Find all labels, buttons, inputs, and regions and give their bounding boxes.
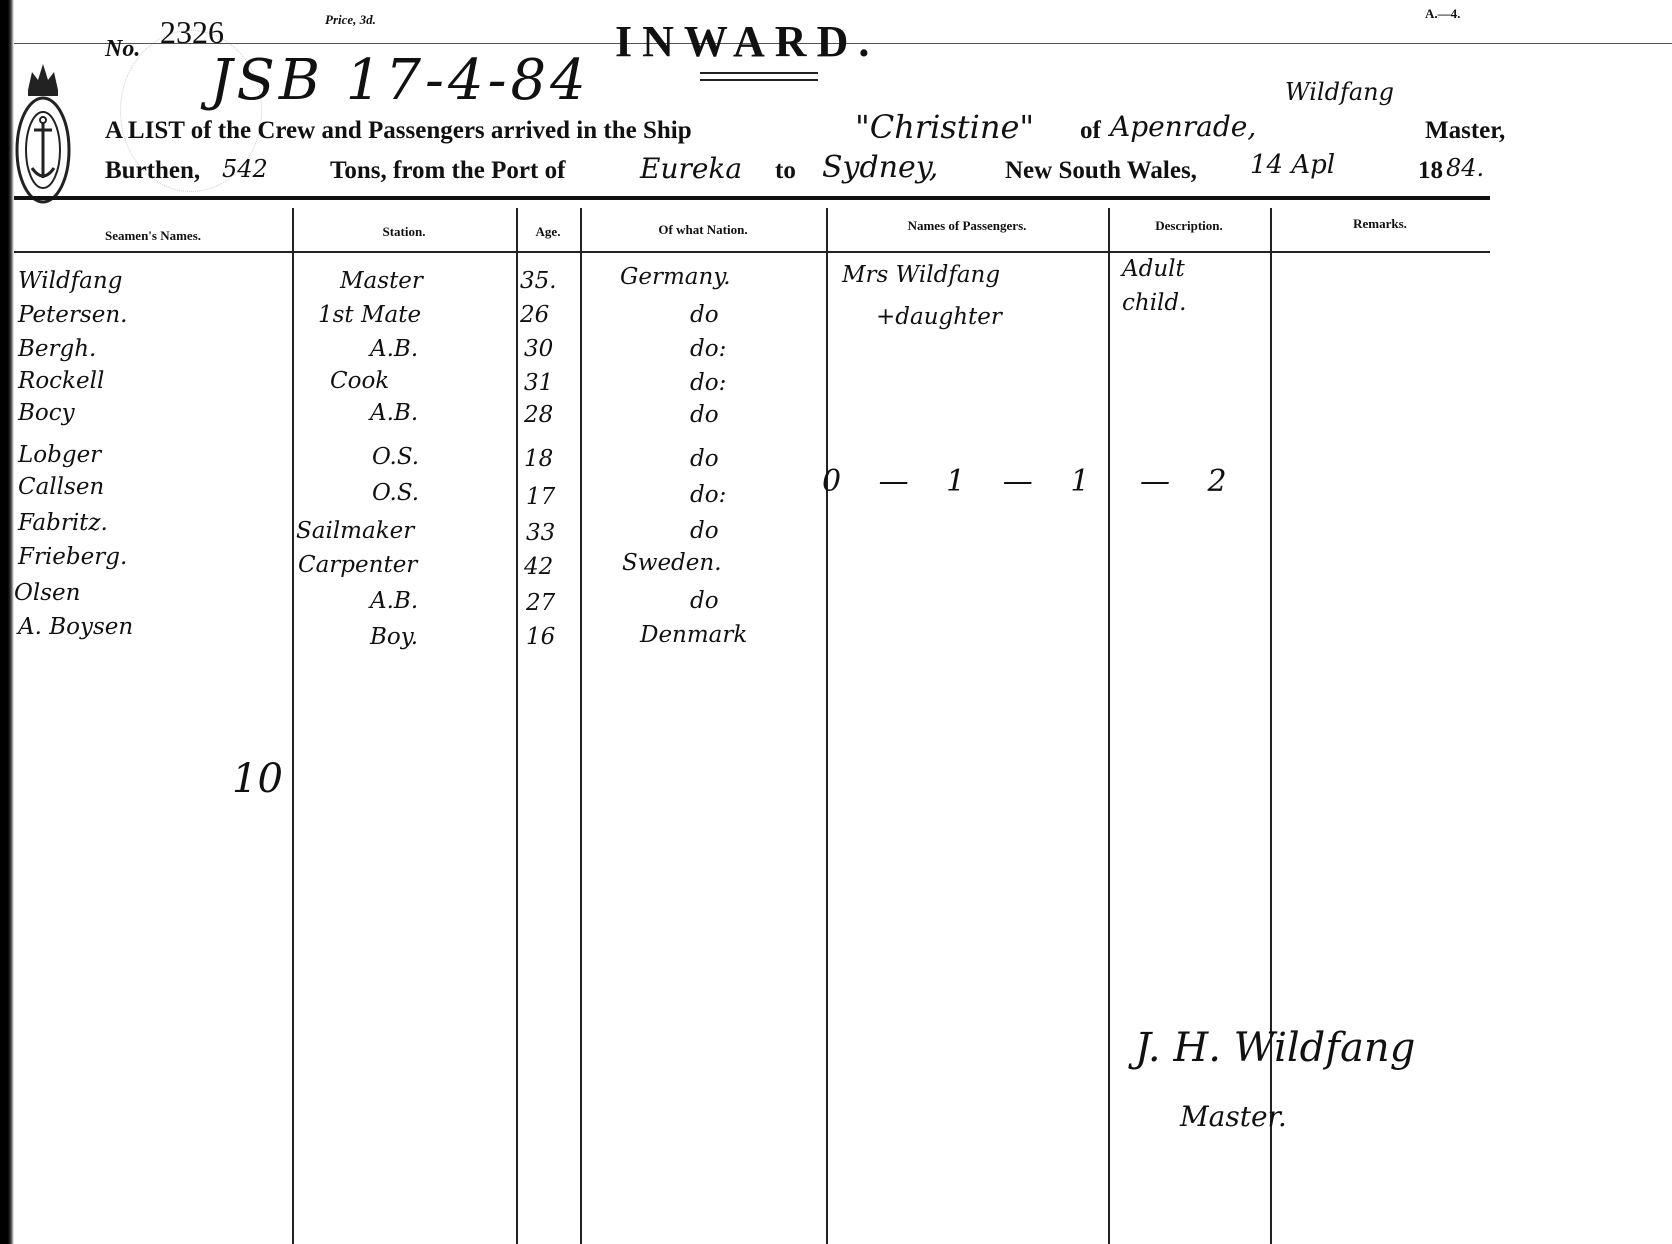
- passenger-name: Mrs Wildfang: [842, 262, 1000, 288]
- master-label: Master,: [1425, 117, 1505, 145]
- year-suffix: 84.: [1446, 154, 1484, 182]
- header-bottom-rule: [14, 251, 1490, 253]
- price-label: Price, 3d.: [325, 12, 376, 28]
- crew-station: Cook: [330, 368, 389, 394]
- crew-station: Carpenter: [298, 552, 417, 578]
- col-divider: [292, 208, 294, 1244]
- passenger-name: +daughter: [876, 304, 1002, 330]
- col-divider: [516, 208, 518, 1244]
- crew-age: 33: [526, 520, 555, 546]
- header-age: Age.: [516, 224, 580, 240]
- crew-station: O.S.: [372, 480, 419, 506]
- header-seamen-names: Seamen's Names.: [14, 228, 292, 244]
- crew-nation: Sweden.: [622, 550, 722, 576]
- nsw-label: New South Wales,: [1005, 157, 1197, 185]
- ship-name: "Christine": [855, 108, 1034, 146]
- crew-station: O.S.: [372, 444, 419, 470]
- crew-age: 17: [526, 484, 555, 510]
- col-divider: [580, 208, 582, 1244]
- crew-station: A.B.: [370, 336, 418, 362]
- crew-name: Fabritz.: [18, 510, 108, 536]
- crew-station: A.B.: [370, 588, 418, 614]
- to-port: Sydney,: [822, 150, 938, 185]
- crew-name: Bergh.: [18, 336, 96, 362]
- crew-name: Wildfang: [18, 268, 122, 294]
- crew-age: 35.: [520, 268, 557, 294]
- inward-heading: INWARD.: [615, 20, 879, 64]
- crew-nation: do: [690, 518, 719, 544]
- passenger-tally: 0 — 1 — 1: [822, 464, 1103, 499]
- crew-station: Master: [340, 268, 423, 294]
- passenger-description: Adult: [1122, 256, 1185, 282]
- col-divider: [1270, 208, 1272, 1244]
- header-passengers: Names of Passengers.: [826, 218, 1108, 234]
- master-name-insert: Wildfang: [1285, 78, 1394, 106]
- crew-name: Frieberg.: [18, 544, 127, 570]
- harbour-department-seal-icon: [12, 50, 74, 210]
- crew-name: Petersen.: [18, 302, 127, 328]
- passenger-description: child.: [1122, 290, 1186, 316]
- crew-name: A. Boysen: [18, 614, 133, 640]
- crew-nation: do: [690, 302, 719, 328]
- crew-name: Callsen: [18, 474, 104, 500]
- burthen-label: Burthen,: [105, 157, 200, 185]
- header-remarks: Remarks.: [1270, 216, 1490, 232]
- burthen-tons: 542: [222, 155, 268, 183]
- crew-station: Sailmaker: [296, 518, 414, 544]
- crew-age: 26: [520, 302, 549, 328]
- home-port: Apenrade,: [1110, 110, 1256, 143]
- crew-name: Bocy: [18, 400, 75, 426]
- heading-underline: [700, 72, 818, 81]
- crew-nation: do: [690, 588, 719, 614]
- crew-age: 27: [526, 590, 555, 616]
- crew-name: Olsen: [14, 580, 80, 606]
- from-port: Eureka: [640, 152, 742, 185]
- crew-station: A.B.: [370, 400, 418, 426]
- col-divider: [1108, 208, 1110, 1244]
- crew-age: 18: [524, 446, 553, 472]
- crew-age: 28: [524, 402, 553, 428]
- crew-nation: do: [690, 402, 719, 428]
- tons-from-label: Tons, from the Port of: [330, 157, 565, 185]
- crew-name: Rockell: [18, 368, 104, 394]
- table-top-rule: [14, 196, 1490, 200]
- crew-station: Boy.: [370, 624, 418, 650]
- crew-nation: Denmark: [640, 622, 747, 648]
- master-signature: J. H. Wildfang: [1135, 1025, 1415, 1071]
- to-label: to: [775, 157, 796, 185]
- crew-nation: do: [690, 446, 719, 472]
- form-number: 2326: [160, 14, 224, 51]
- header-description: Description.: [1108, 218, 1270, 234]
- of-label: of: [1080, 117, 1101, 145]
- arrival-date: 14 Apl: [1250, 150, 1335, 180]
- number-label: No.: [105, 36, 140, 63]
- description-tally: — 2: [1140, 464, 1241, 499]
- header-nation: Of what Nation.: [580, 222, 826, 238]
- header-station: Station.: [292, 224, 516, 240]
- crew-age: 30: [524, 336, 553, 362]
- crew-age: 31: [524, 370, 553, 396]
- crew-name: Lobger: [18, 442, 101, 468]
- col-divider: [826, 208, 828, 1244]
- registration-note: JSB 17-4-84: [210, 48, 590, 113]
- crew-age: 16: [526, 624, 555, 650]
- crew-nation: do:: [690, 482, 726, 508]
- crew-age: 42: [524, 554, 553, 580]
- form-code: A.—4.: [1425, 6, 1460, 22]
- year-prefix: 18: [1418, 157, 1443, 185]
- crew-station: 1st Mate: [318, 302, 421, 328]
- crew-count-note: 10: [232, 756, 283, 802]
- crew-nation: do:: [690, 336, 726, 362]
- crew-nation: Germany.: [620, 264, 731, 290]
- list-line-prefix: A LIST of the Crew and Passengers arrive…: [105, 117, 692, 145]
- crew-nation: do:: [690, 370, 726, 396]
- signature-title: Master.: [1180, 1100, 1287, 1133]
